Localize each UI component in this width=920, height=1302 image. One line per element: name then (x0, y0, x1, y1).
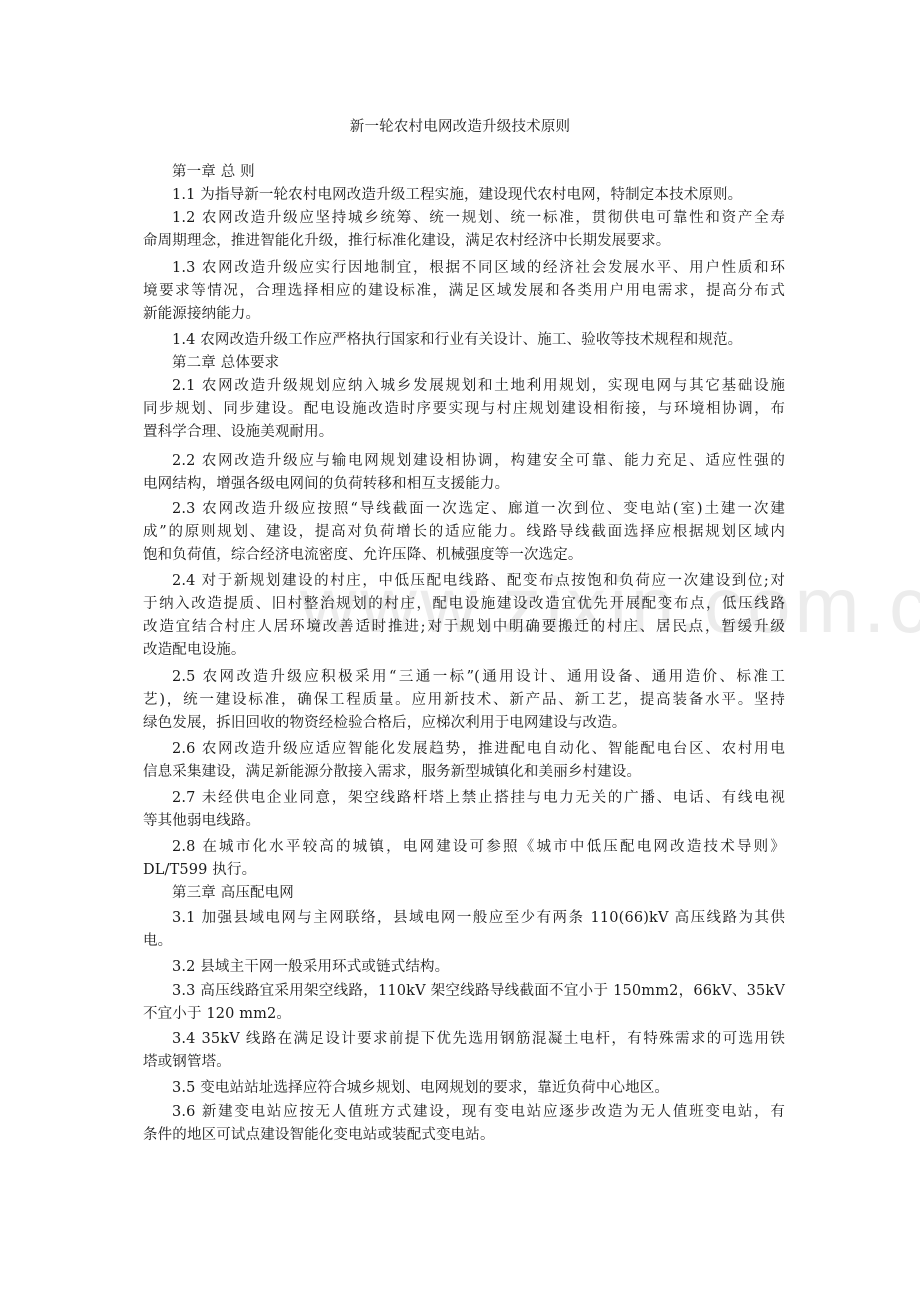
paragraph-line: 3.5 变电站站址选择应符合城乡规划、电网规划的要求，靠近负荷中心地区。 (172, 1078, 785, 1098)
paragraph-line: 1.2 农网改造升级应坚持城乡统筹、统一规划、统一标准，贯彻供电可靠性和资产全寿 (172, 208, 785, 228)
paragraph-line: 3.4 35kV 线路在满足设计要求前提下优先选用钢筋混凝土电杆，有特殊需求的可… (172, 1029, 785, 1049)
paragraph-line: 1.1 为指导新一轮农村电网改造升级工程实施，建设现代农村电网，特制定本技术原则… (172, 185, 785, 205)
paragraph-line: 3.1 加强县域电网与主网联络，县域电网一般应至少有两条 110(66)kV 高… (172, 908, 785, 928)
paragraph-line: 电网结构，增强各级电网间的负荷转移和相互支援能力。 (143, 474, 785, 494)
paragraph-line: 艺)，统一建设标准，确保工程质量。应用新技术、新产品、新工艺，提高装备水平。坚持 (143, 690, 785, 710)
paragraph-line: 不宜小于 120 mm2。 (143, 1004, 785, 1024)
paragraph-line: 命周期理念，推进智能化升级，推行标准化建设，满足农村经济中长期发展要求。 (143, 231, 785, 251)
paragraph-line: 3.2 县域主干网一般采用环式或链式结构。 (172, 957, 785, 977)
chapter-heading: 第二章 总体要求 (172, 353, 785, 373)
paragraph-line: 2.6 农网改造升级应适应智能化发展趋势，推进配电自动化、智能配电台区、农村用电 (172, 739, 785, 759)
paragraph-line: 塔或钢管塔。 (143, 1052, 785, 1072)
paragraph-line: 同步规划、同步建设。配电设施改造时序要实现与村庄规划建设相衔接，与环境相协调，布 (143, 399, 785, 419)
paragraph-line: 电。 (143, 931, 785, 951)
paragraph-line: 2.3 农网改造升级应按照“导线截面一次选定、廊道一次到位、变电站(室)土建一次… (172, 499, 785, 519)
paragraph-line: 3.3 高压线路宜采用架空线路，110kV 架空线路导线截面不宜小于 150mm… (172, 981, 785, 1001)
paragraph-line: 改造配电设施。 (143, 640, 785, 660)
paragraph-line: 置科学合理、设施美观耐用。 (143, 422, 785, 442)
paragraph-line: 饱和负荷值，综合经济电流密度、允许压降、机械强度等一次选定。 (143, 545, 785, 565)
paragraph-line: 2.5 农网改造升级应积极采用“三通一标”(通用设计、通用设备、通用造价、标准工 (172, 667, 785, 687)
paragraph-line: DL/T599 执行。 (143, 860, 785, 880)
paragraph-line: 信息采集建设，满足新能源分散接入需求，服务新型城镇化和美丽乡村建设。 (143, 762, 785, 782)
paragraph-line: 2.4 对于新规划建设的村庄，中低压配电线路、配变布点按饱和负荷应一次建设到位;… (172, 571, 785, 591)
paragraph-line: 境要求等情况，合理选择相应的建设标准，满足区域发展和各类用户用电需求，提高分布式 (143, 281, 785, 301)
paragraph-line: 1.4 农网改造升级工作应严格执行国家和行业有关设计、施工、验收等技术规程和规范… (172, 330, 785, 350)
chapter-heading: 第三章 高压配电网 (172, 883, 785, 903)
document-body: 新一轮农村电网改造升级技术原则 第一章 总 则1.1 为指导新一轮农村电网改造升… (0, 0, 920, 1302)
paragraph-line: 2.2 农网改造升级应与输电网规划建设相协调，构建安全可靠、能力充足、适应性强的 (172, 451, 785, 471)
document-page: www.zixin.com.cn 新一轮农村电网改造升级技术原则 第一章 总 则… (0, 0, 920, 1302)
paragraph-line: 于纳入改造提质、旧村整治规划的村庄，配电设施建设改造宜优先开展配变布点，低压线路 (143, 594, 785, 614)
chapter-heading: 第一章 总 则 (172, 162, 785, 182)
paragraph-line: 3.6 新建变电站应按无人值班方式建设，现有变电站应逐步改造为无人值班变电站，有 (172, 1102, 785, 1122)
paragraph-line: 等其他弱电线路。 (143, 811, 785, 831)
paragraph-line: 成”的原则规划、建设，提高对负荷增长的适应能力。线路导线截面选择应根据规划区域内 (143, 522, 785, 542)
paragraph-line: 改造宜结合村庄人居环境改善适时推进;对于规划中明确要搬迁的村庄、居民点，暂缓升级 (143, 617, 785, 637)
paragraph-line: 条件的地区可试点建设智能化变电站或装配式变电站。 (143, 1125, 785, 1145)
paragraph-line: 新能源接纳能力。 (143, 304, 785, 324)
document-title: 新一轮农村电网改造升级技术原则 (0, 115, 920, 136)
paragraph-line: 绿色发展，拆旧回收的物资经检验合格后，应梯次利用于电网建设与改造。 (143, 713, 785, 733)
paragraph-line: 2.1 农网改造升级规划应纳入城乡发展规划和土地利用规划，实现电网与其它基础设施 (172, 376, 785, 396)
paragraph-line: 1.3 农网改造升级应实行因地制宜，根据不同区域的经济社会发展水平、用户性质和环 (172, 258, 785, 278)
paragraph-line: 2.8 在城市化水平较高的城镇，电网建设可参照《城市中低压配电网改造技术导则》 (172, 837, 785, 857)
paragraph-line: 2.7 未经供电企业同意，架空线路杆塔上禁止搭挂与电力无关的广播、电话、有线电视 (172, 788, 785, 808)
